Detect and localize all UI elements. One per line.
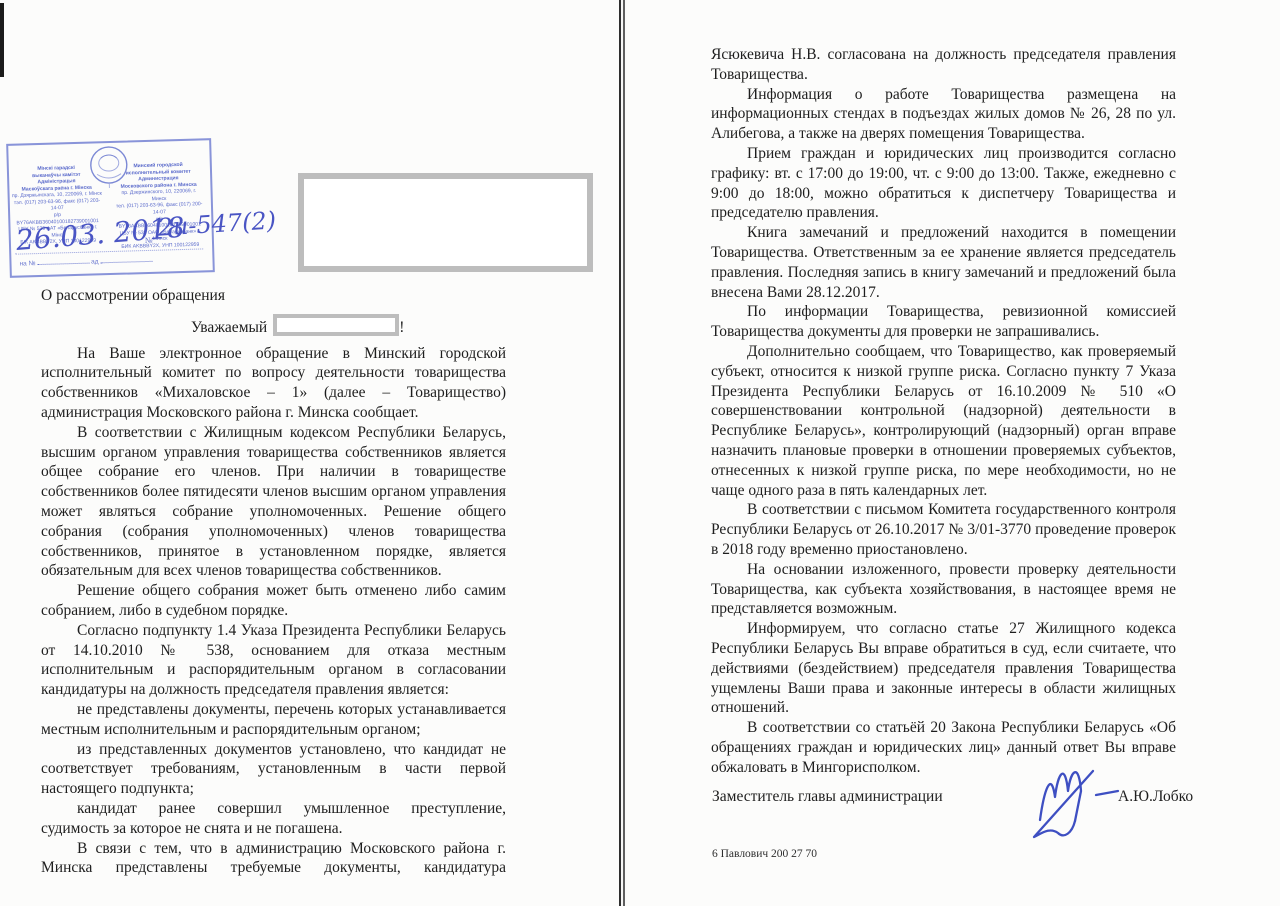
stamp-form-prefix: на № — [19, 260, 35, 267]
redaction-box-name — [273, 314, 399, 336]
signer-name: А.Ю.Лобко — [1118, 788, 1193, 806]
paragraph: Информация о работе Товарищества размеще… — [711, 85, 1176, 144]
subject-line: О рассмотрении обращения — [41, 286, 506, 306]
stamp-number-sign: № — [145, 236, 153, 245]
left-page-text: О рассмотрении обращения Уважаемый! На В… — [41, 286, 506, 878]
paragraph: Прием граждан и юридических лиц производ… — [711, 144, 1176, 223]
paragraph: Информируем, что согласно статье 27 Жили… — [711, 619, 1176, 718]
paragraph: кандидат ранее совершил умышленное прест… — [41, 799, 506, 839]
handwritten-registration-number: 2и-547(2) — [157, 206, 277, 241]
scanned-letter: Мінскі гарадскі выканаўчы камітэт Адміні… — [0, 0, 1280, 906]
paragraph: из представленных документов установлено… — [41, 740, 506, 799]
paragraph: По информации Товарищества, ревизионной … — [711, 302, 1176, 342]
registration-stamp: Мінскі гарадскі выканаўчы камітэт Адміні… — [6, 138, 215, 278]
signer-title: Заместитель главы администрации — [712, 788, 943, 806]
salutation-prefix: Уважаемый — [191, 319, 267, 336]
scan-edge-artifact — [0, 3, 4, 77]
paragraph: На основании изложенного, провести прове… — [711, 560, 1176, 619]
paragraph: Решение общего собрания может быть отмен… — [41, 581, 506, 621]
stamp-form-blank — [37, 257, 89, 265]
stamp-form-blank — [100, 255, 152, 263]
paragraph: В соответствии с письмом Комитета госуда… — [711, 500, 1176, 559]
page-divider — [619, 0, 627, 906]
paragraph: не представлены документы, перечень кото… — [41, 700, 506, 740]
paragraph: Книга замечаний и предложений находится … — [711, 223, 1176, 302]
paragraph: Согласно подпункту 1.4 Указа Президента … — [41, 621, 506, 700]
paragraph: Дополнительно сообщаем, что Товарищество… — [711, 342, 1176, 500]
redaction-box-address — [298, 173, 593, 272]
right-page-text: Ясюкевича Н.В. согласована на должность … — [711, 45, 1176, 777]
stamp-form-suffix: ад — [91, 258, 99, 265]
stamp-form-line: на № ад — [19, 255, 152, 268]
paragraph: В соответствии с Жилищным кодексом Респу… — [41, 423, 506, 581]
paragraph: В связи с тем, что в администрацию Моско… — [41, 839, 506, 879]
salutation-line: Уважаемый! — [41, 314, 506, 338]
paragraph: Ясюкевича Н.В. согласована на должность … — [711, 45, 1176, 85]
paragraph: На Ваше электронное обращение в Минский … — [41, 344, 506, 423]
salutation-suffix: ! — [399, 319, 404, 336]
executor-footnote: 6 Павлович 200 27 70 — [712, 848, 817, 860]
